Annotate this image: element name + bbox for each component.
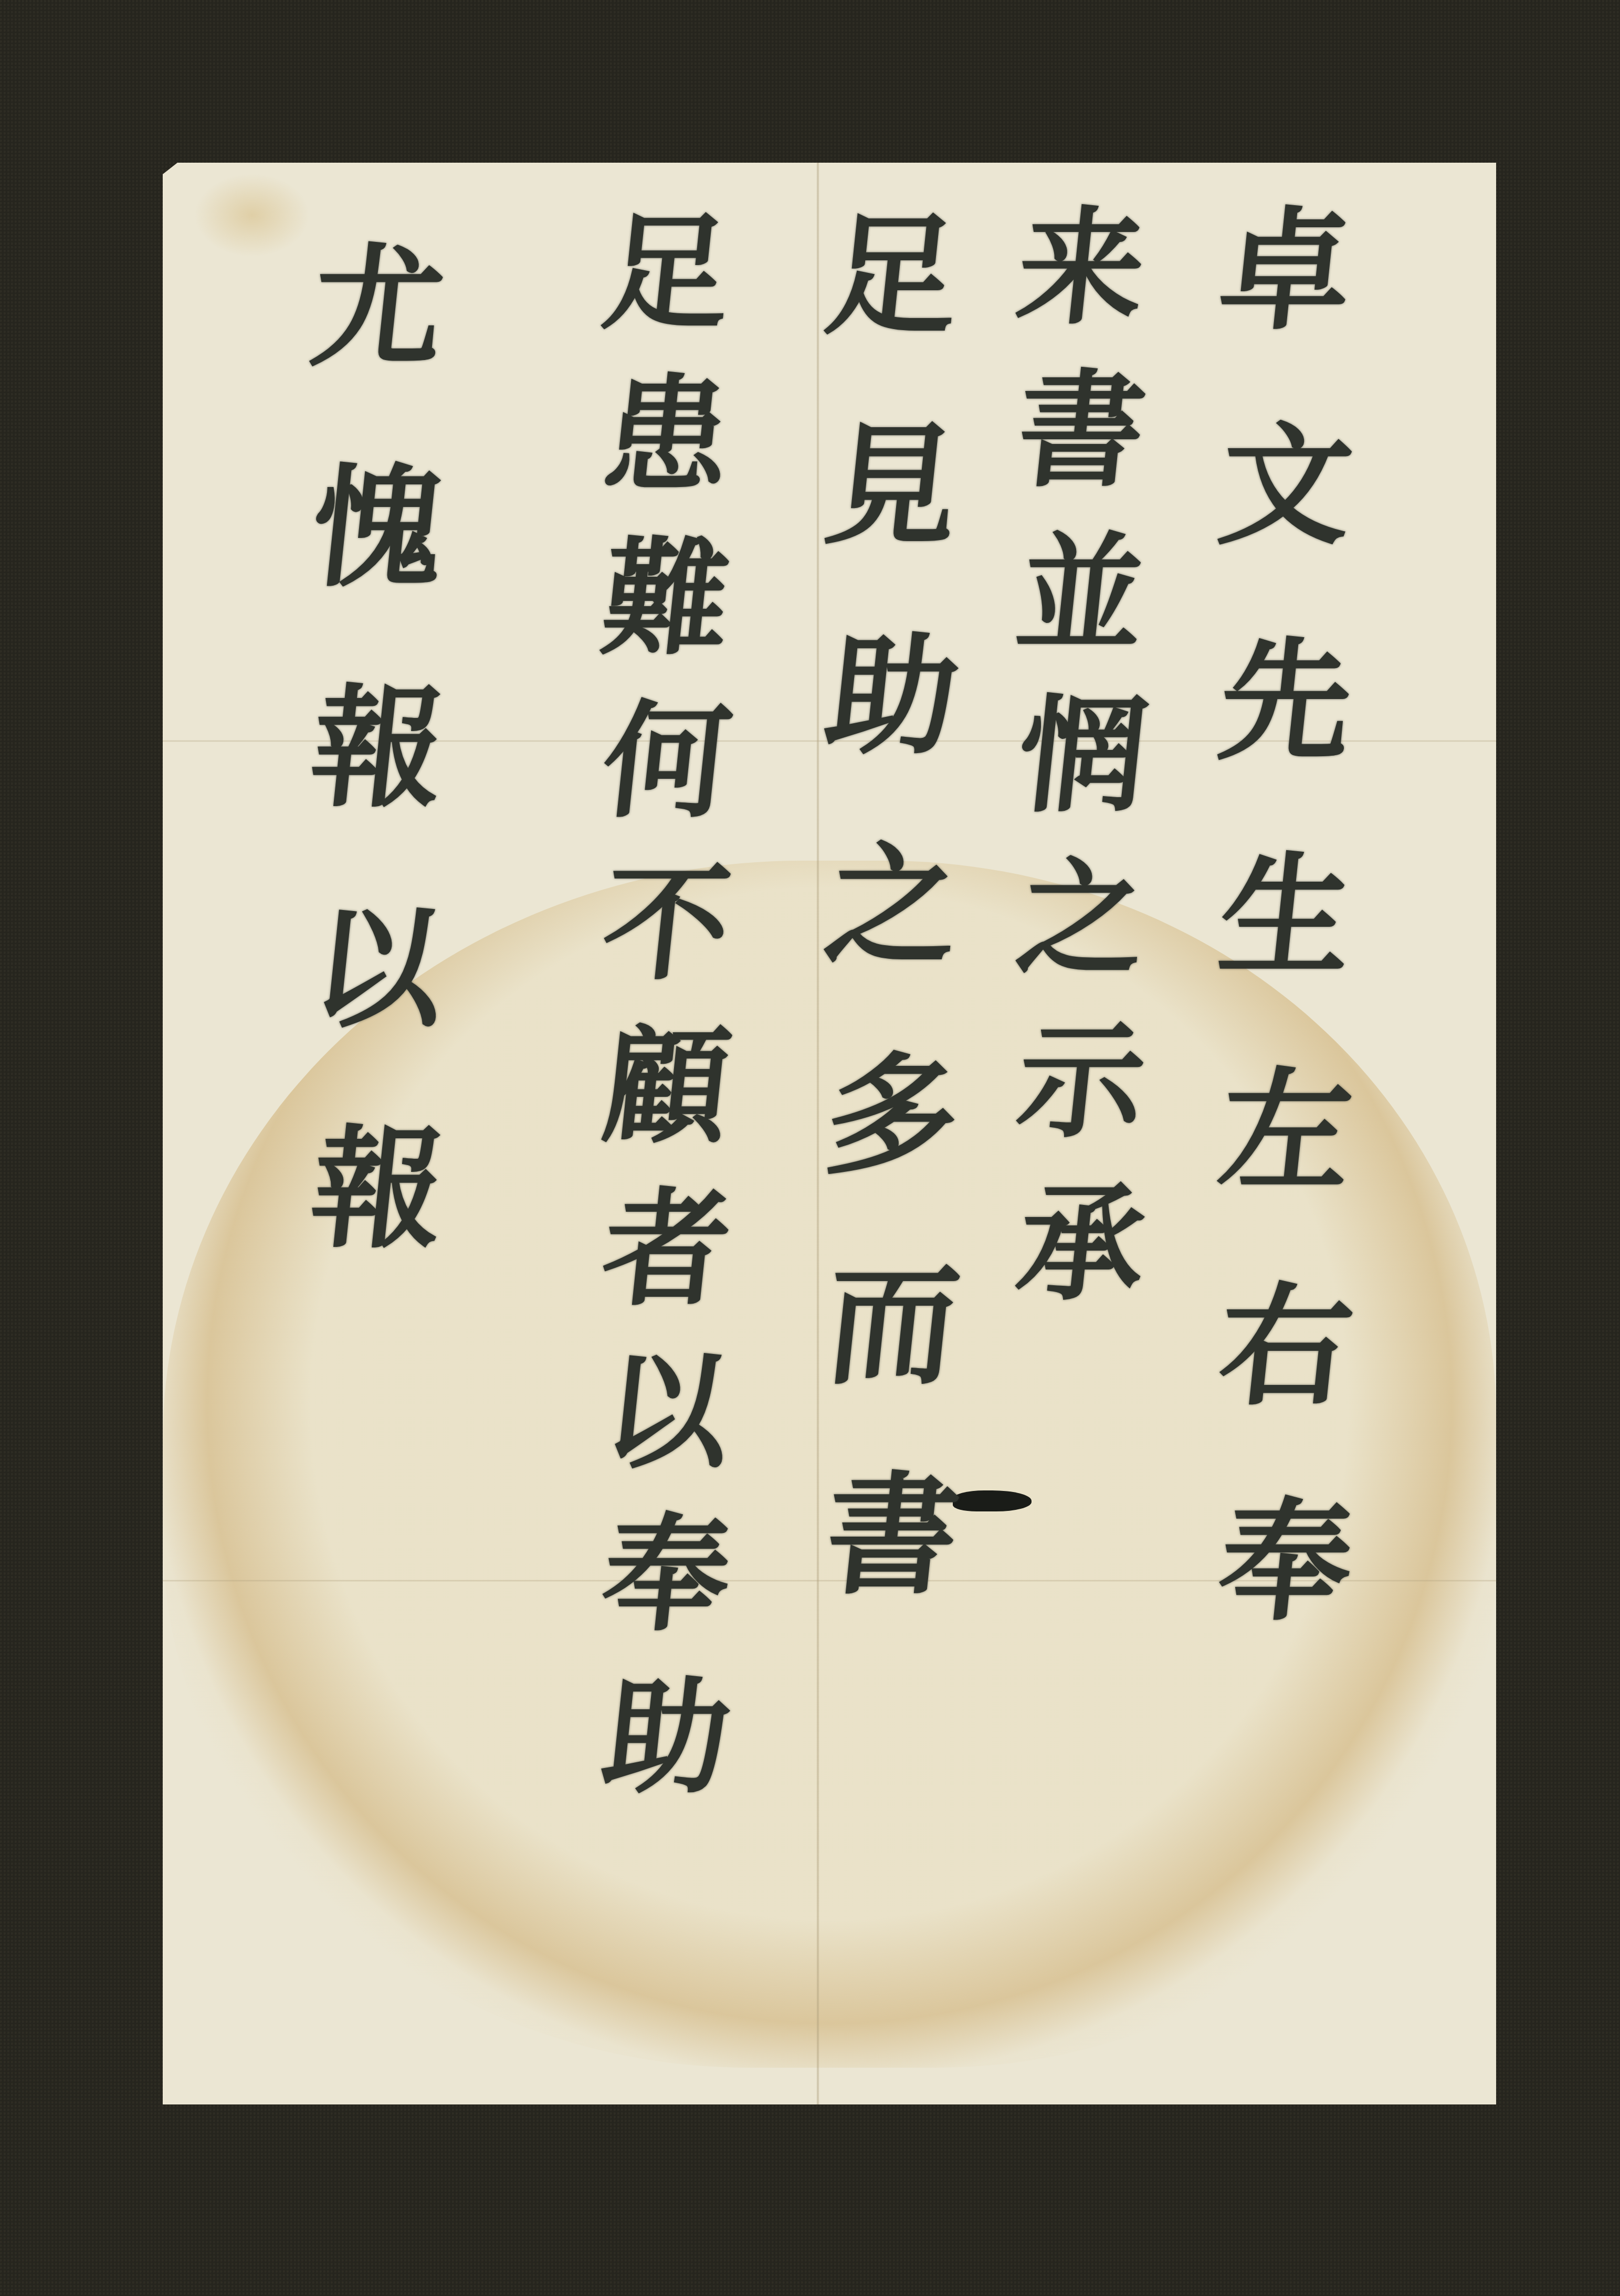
character: 報 [306, 1123, 450, 1254]
character: 之 [820, 840, 965, 971]
character: 者 [597, 1186, 736, 1312]
character: 見 [820, 420, 965, 551]
character: 助 [597, 1674, 736, 1800]
character: 先 [1214, 635, 1359, 766]
character: 並 [1012, 530, 1151, 656]
character: 奉 [597, 1511, 736, 1637]
character: 之 [1012, 855, 1151, 981]
character: 奉 [1214, 1496, 1359, 1627]
character: 来 [1012, 205, 1151, 331]
letter-paper: 卓 文 先 生 左 右 奉 来 書 並 惘 之 示 承 足 見 助 之 多 而 … [163, 163, 1496, 2104]
text-column-5: 尤 愧 報 以 報 [299, 241, 457, 1343]
character: 左 [1214, 1065, 1359, 1197]
calligraphy-text: 卓 文 先 生 左 右 奉 来 書 並 惘 之 示 承 足 見 助 之 多 而 … [163, 163, 1496, 2104]
character: 足 [597, 210, 736, 336]
character: 以 [597, 1349, 736, 1475]
text-column-4: 足 患 難 何 不 顧 者 以 奉 助 [588, 210, 745, 1837]
character: 顧 [597, 1023, 736, 1149]
character: 報 [306, 682, 450, 813]
character: 書 [1012, 367, 1151, 493]
character: 尤 [306, 241, 450, 373]
character: 示 [1012, 1018, 1151, 1144]
text-column-3: 足 見 助 之 多 而 書 [814, 210, 971, 1679]
character: 愧 [306, 462, 450, 593]
character: 卓 [1214, 205, 1359, 336]
character: 足 [820, 210, 965, 341]
character: 難 [597, 535, 736, 661]
character: 右 [1214, 1281, 1359, 1412]
character: 書 [820, 1469, 965, 1601]
character: 不 [597, 861, 736, 987]
character: 何 [597, 698, 736, 824]
character: 多 [820, 1050, 965, 1181]
character: 助 [820, 630, 965, 761]
character: 承 [1012, 1181, 1151, 1307]
character: 而 [820, 1260, 965, 1391]
character: 以 [306, 903, 450, 1034]
character: 惘 [1012, 693, 1151, 819]
character: 文 [1214, 420, 1359, 551]
character: 患 [597, 373, 736, 499]
text-column-2: 来 書 並 惘 之 示 承 [1003, 205, 1160, 1343]
character: 生 [1214, 850, 1359, 981]
text-column-1: 卓 文 先 生 左 右 奉 [1207, 205, 1365, 1711]
